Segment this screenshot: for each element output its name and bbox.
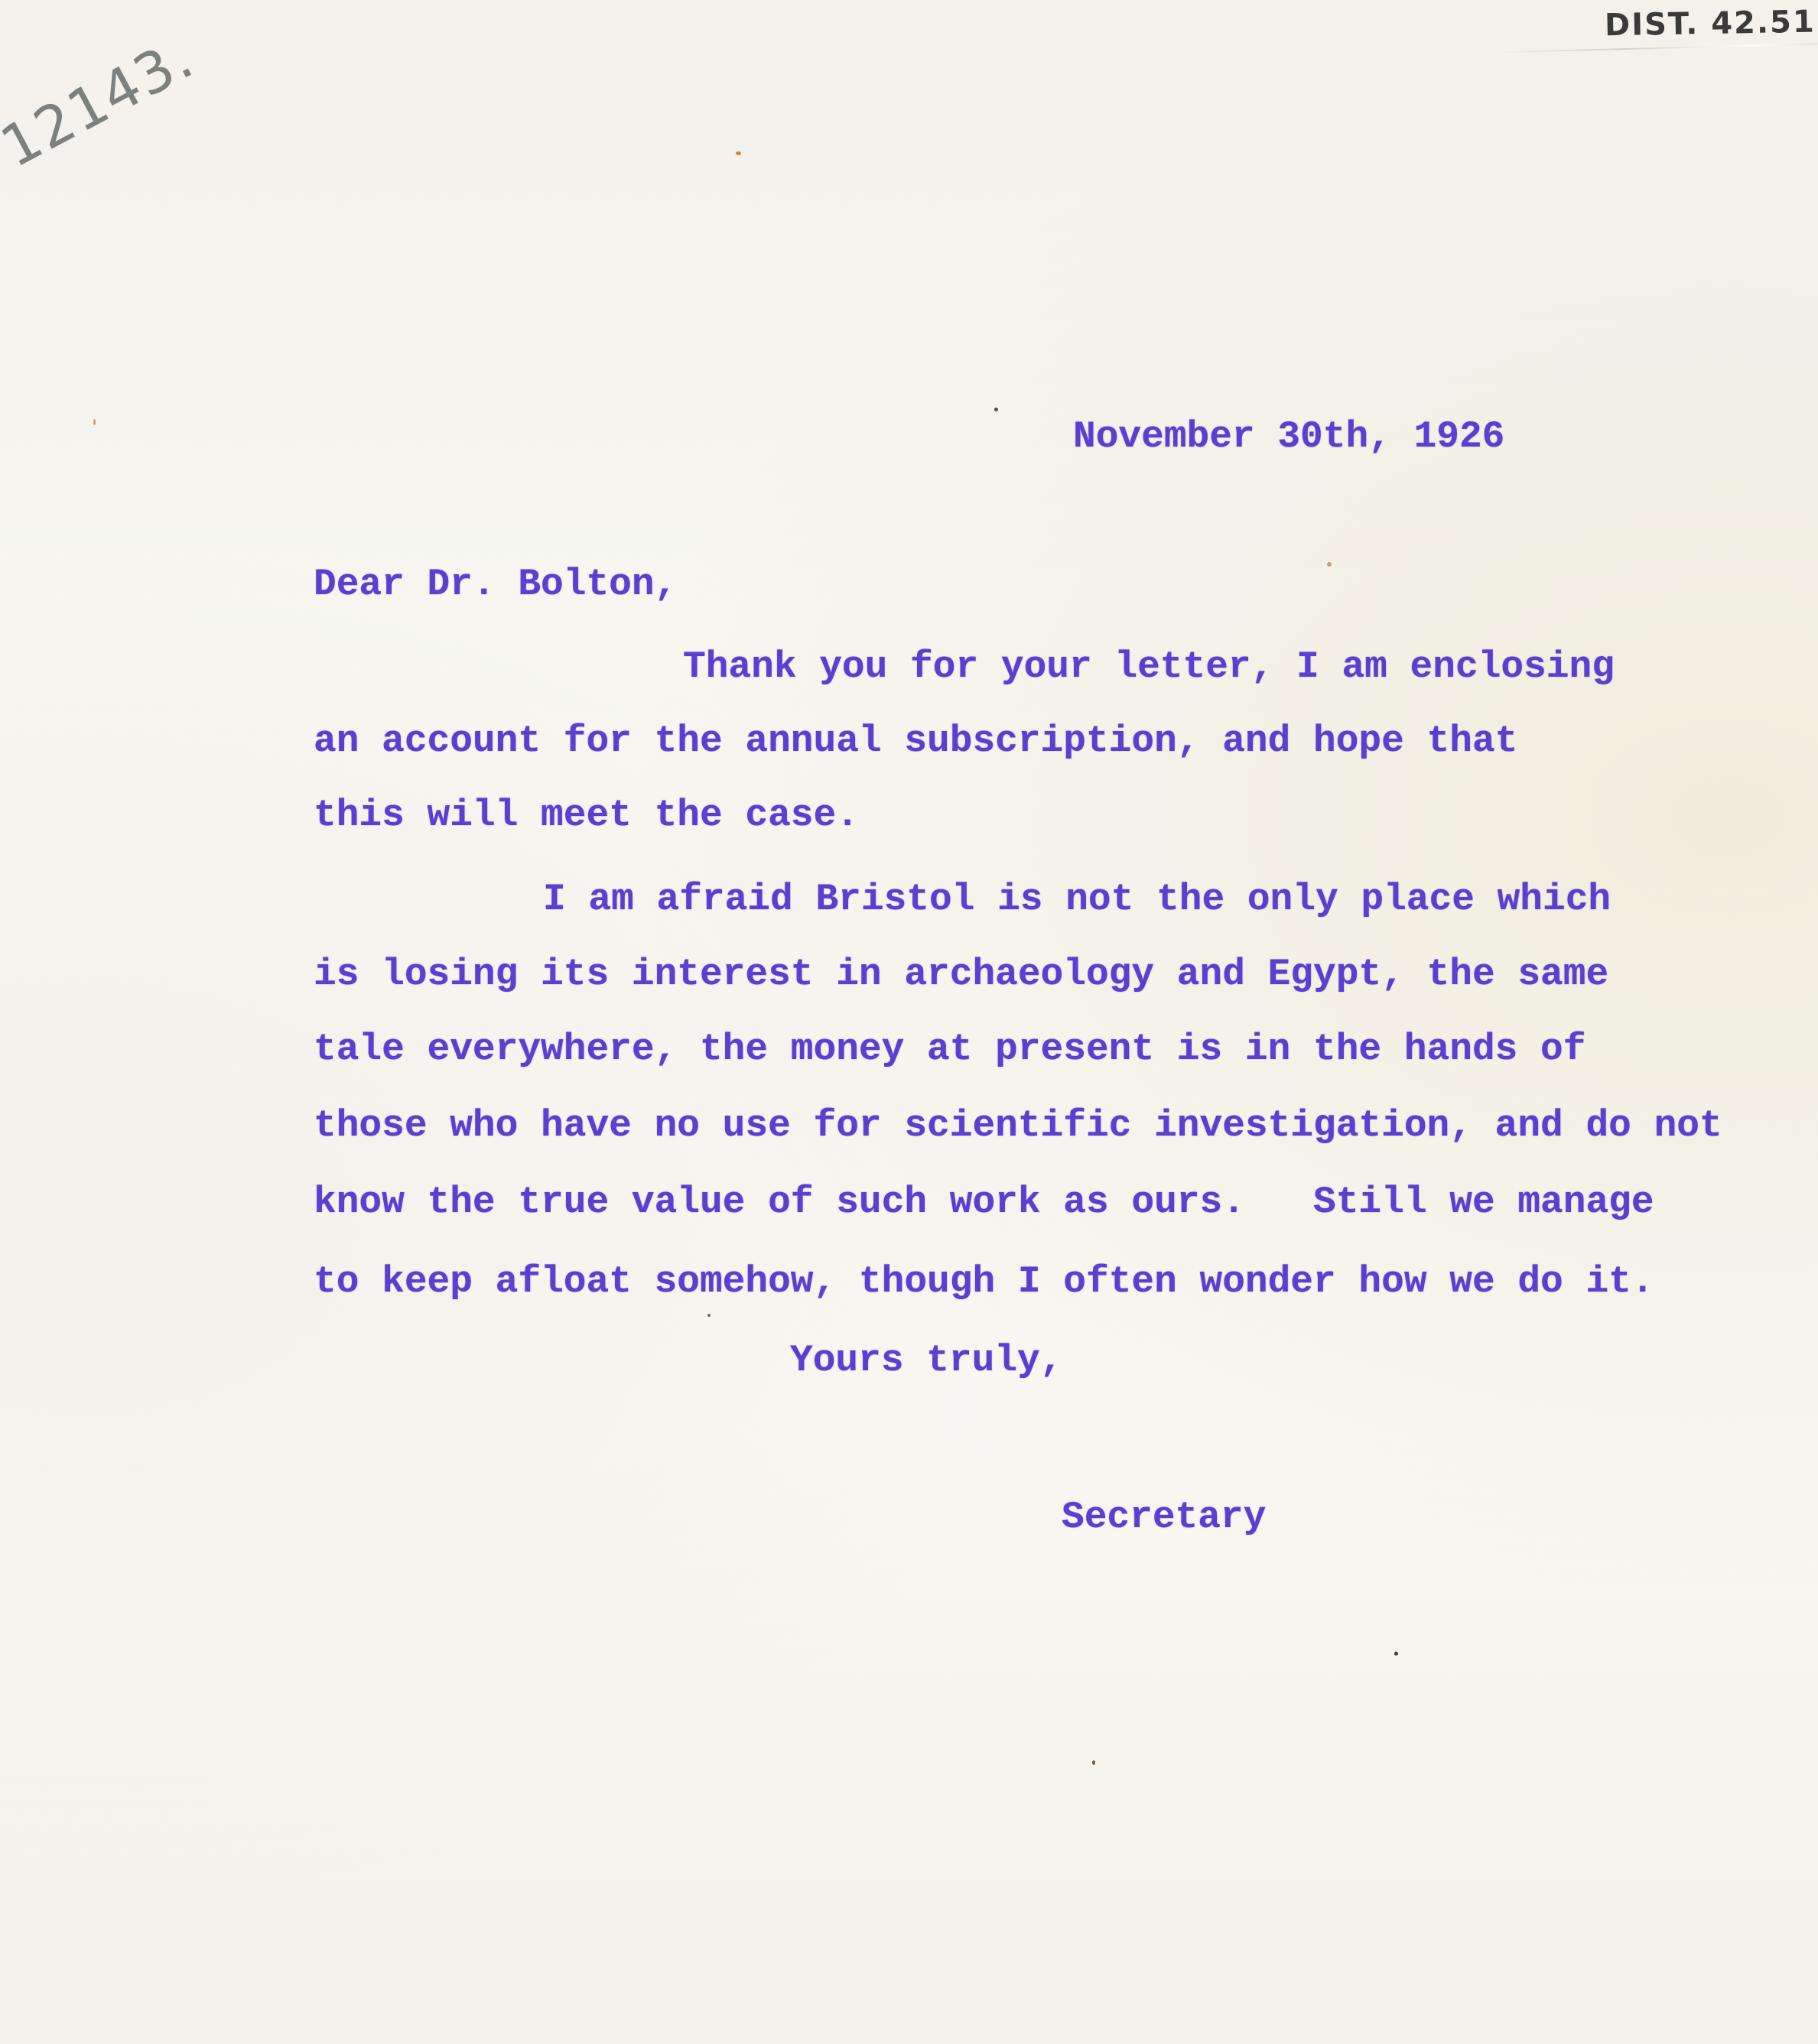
salutation: Dear Dr. Bolton, (314, 566, 677, 604)
body-line: this will meet the case. (314, 797, 859, 835)
paper-speck (1394, 1652, 1398, 1656)
letter-paper (0, 0, 1818, 2044)
paper-speck (994, 408, 998, 411)
letter-date: November 30th, 1926 (1073, 418, 1504, 457)
paper-speck (1327, 562, 1332, 567)
body-line: an account for the annual subscription, … (314, 723, 1517, 761)
body-line: Thank you for your letter, I am enclosin… (683, 648, 1615, 687)
body-line: those who have no use for scientific inv… (314, 1107, 1722, 1145)
closing: Yours truly, (790, 1342, 1062, 1380)
paper-speck (93, 419, 96, 425)
signature-title: Secretary (1062, 1499, 1266, 1537)
body-line: is losing its interest in archaeology an… (314, 956, 1608, 994)
body-line: tale everywhere, the money at present is… (314, 1031, 1585, 1069)
body-line: to keep afloat somehow, though I often w… (314, 1263, 1654, 1301)
paper-speck (1092, 1760, 1095, 1765)
paper-speck (736, 151, 741, 155)
paper-speck (707, 1314, 711, 1317)
archive-reference: DIST. 42.51 (1605, 5, 1816, 44)
body-line: know the true value of such work as ours… (314, 1184, 1654, 1222)
body-line: I am afraid Bristol is not the only plac… (543, 881, 1611, 919)
